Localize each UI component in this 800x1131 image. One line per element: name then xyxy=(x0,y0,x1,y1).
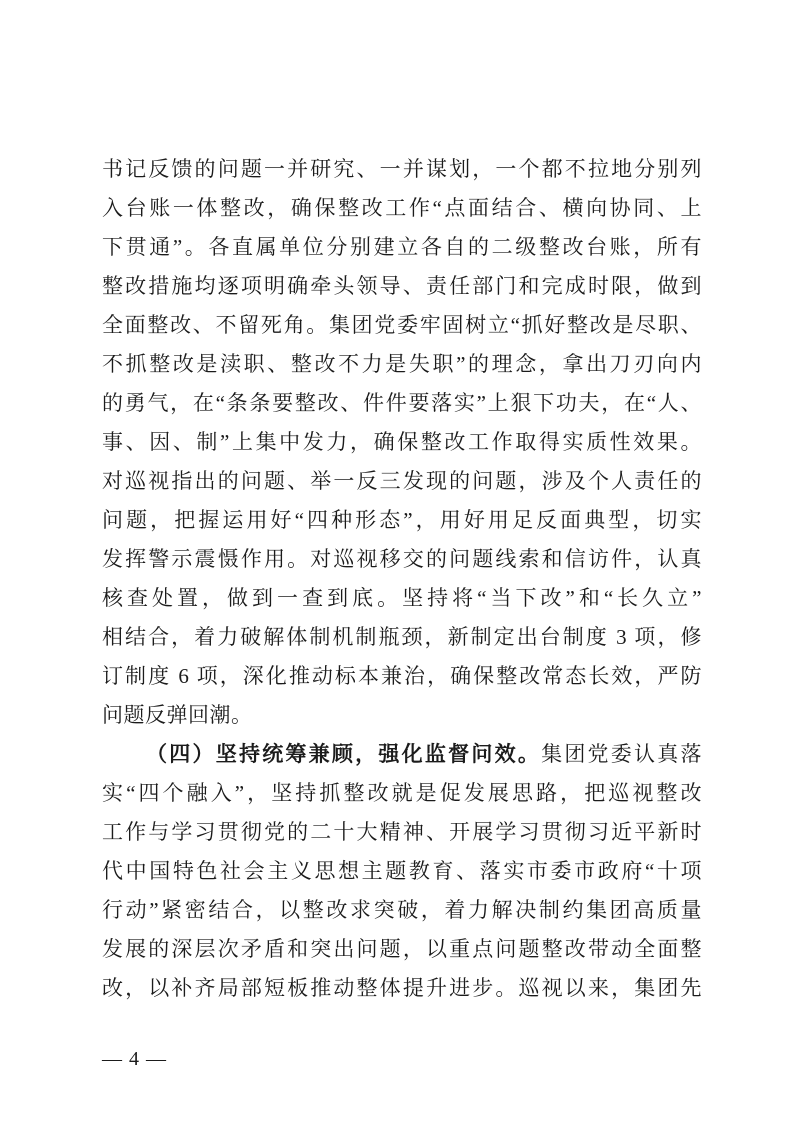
text-run: 书记反馈的问题一并研究、一并谋划，一个都不拉地分别列 xyxy=(102,157,702,181)
text-line: 实“四个融入”，坚持抓整改就是促发展思路，把巡视整改 xyxy=(102,774,702,813)
text-line: 订制度 6 项，深化推动标本兼治，确保整改常态长效，严防 xyxy=(102,657,702,696)
text-run: 行动”紧密结合，以整改求突破，着力解决制约集团高质量 xyxy=(102,898,702,922)
text-run: 事、因、制”上集中发力，确保整改工作取得实质性效果。 xyxy=(102,430,702,454)
text-line: （四）坚持统筹兼顾，强化监督问效。集团党委认真落 xyxy=(102,735,702,774)
text-run: 问题反弹回潮。 xyxy=(102,703,253,727)
text-run: 相结合，着力破解体制机制瓶颈，新制定出台制度 3 项，修 xyxy=(102,625,702,649)
text-line: 代中国特色社会主义思想主题教育、落实市委市政府“十项 xyxy=(102,852,702,891)
document-body: 书记反馈的问题一并研究、一并谋划，一个都不拉地分别列入台账一体整改，确保整改工作… xyxy=(102,150,702,1008)
document-page: 书记反馈的问题一并研究、一并谋划，一个都不拉地分别列入台账一体整改，确保整改工作… xyxy=(0,0,800,1131)
text-run: 问题，把握运用好“四种形态”，用好用足反面典型，切实 xyxy=(102,508,702,532)
text-line: 对巡视指出的问题、举一反三发现的问题，涉及个人责任的 xyxy=(102,462,702,501)
paragraph-continuation: 书记反馈的问题一并研究、一并谋划，一个都不拉地分别列入台账一体整改，确保整改工作… xyxy=(102,150,702,735)
text-line: 核查处置，做到一查到底。坚持将“当下改”和“长久立” xyxy=(102,579,702,618)
text-line: 行动”紧密结合，以整改求突破，着力解决制约集团高质量 xyxy=(102,891,702,930)
text-run: 的勇气，在“条条要整改、件件要落实”上狠下功夫，在“人、 xyxy=(102,391,702,415)
text-line: 全面整改、不留死角。集团党委牢固树立“抓好整改是尽职、 xyxy=(102,306,702,345)
text-line: 发挥警示震慑作用。对巡视移交的问题线索和信访件，认真 xyxy=(102,540,702,579)
text-line: 不抓整改是渎职、整改不力是失职”的理念，拿出刀刃向内 xyxy=(102,345,702,384)
text-run: 发挥警示震慑作用。对巡视移交的问题线索和信访件，认真 xyxy=(102,547,702,571)
section-heading-run: （四）坚持统筹兼顾，强化监督问效。 xyxy=(146,742,541,766)
paragraph-section-four: （四）坚持统筹兼顾，强化监督问效。集团党委认真落实“四个融入”，坚持抓整改就是促… xyxy=(102,735,702,1008)
text-line: 工作与学习贯彻党的二十大精神、开展学习贯彻习近平新时 xyxy=(102,813,702,852)
page-footer: — 4 — xyxy=(102,1044,167,1074)
text-run: 入台账一体整改，确保整改工作“点面结合、横向协同、上 xyxy=(102,196,702,220)
text-line: 入台账一体整改，确保整改工作“点面结合、横向协同、上 xyxy=(102,189,702,228)
text-line: 问题，把握运用好“四种形态”，用好用足反面典型，切实 xyxy=(102,501,702,540)
page-number: — 4 — xyxy=(102,1048,167,1070)
text-run: 发展的深层次矛盾和突出问题，以重点问题整改带动全面整 xyxy=(102,937,702,961)
text-run: 不抓整改是渎职、整改不力是失职”的理念，拿出刀刃向内 xyxy=(102,352,702,376)
text-line: 问题反弹回潮。 xyxy=(102,696,702,735)
text-run: 集团党委认真落 xyxy=(541,742,702,766)
text-line: 整改措施均逐项明确牵头领导、责任部门和完成时限，做到 xyxy=(102,267,702,306)
text-line: 的勇气，在“条条要整改、件件要落实”上狠下功夫，在“人、 xyxy=(102,384,702,423)
text-run: 订制度 6 项，深化推动标本兼治，确保整改常态长效，严防 xyxy=(102,664,702,688)
text-line: 相结合，着力破解体制机制瓶颈，新制定出台制度 3 项，修 xyxy=(102,618,702,657)
text-run: 核查处置，做到一查到底。坚持将“当下改”和“长久立” xyxy=(102,586,702,610)
text-run: 下贯通”。各直属单位分别建立各自的二级整改台账，所有 xyxy=(102,235,702,259)
text-run: 对巡视指出的问题、举一反三发现的问题，涉及个人责任的 xyxy=(102,469,702,493)
text-line: 事、因、制”上集中发力，确保整改工作取得实质性效果。 xyxy=(102,423,702,462)
text-run: 工作与学习贯彻党的二十大精神、开展学习贯彻习近平新时 xyxy=(102,820,702,844)
text-line: 改，以补齐局部短板推动整体提升进步。巡视以来，集团先 xyxy=(102,969,702,1008)
text-run: 全面整改、不留死角。集团党委牢固树立“抓好整改是尽职、 xyxy=(102,313,702,337)
text-run: 实“四个融入”，坚持抓整改就是促发展思路，把巡视整改 xyxy=(102,781,702,805)
text-line: 下贯通”。各直属单位分别建立各自的二级整改台账，所有 xyxy=(102,228,702,267)
text-line: 书记反馈的问题一并研究、一并谋划，一个都不拉地分别列 xyxy=(102,150,702,189)
text-run: 改，以补齐局部短板推动整体提升进步。巡视以来，集团先 xyxy=(102,976,702,1000)
text-run: 整改措施均逐项明确牵头领导、责任部门和完成时限，做到 xyxy=(102,274,702,298)
text-run: 代中国特色社会主义思想主题教育、落实市委市政府“十项 xyxy=(102,859,702,883)
text-line: 发展的深层次矛盾和突出问题，以重点问题整改带动全面整 xyxy=(102,930,702,969)
